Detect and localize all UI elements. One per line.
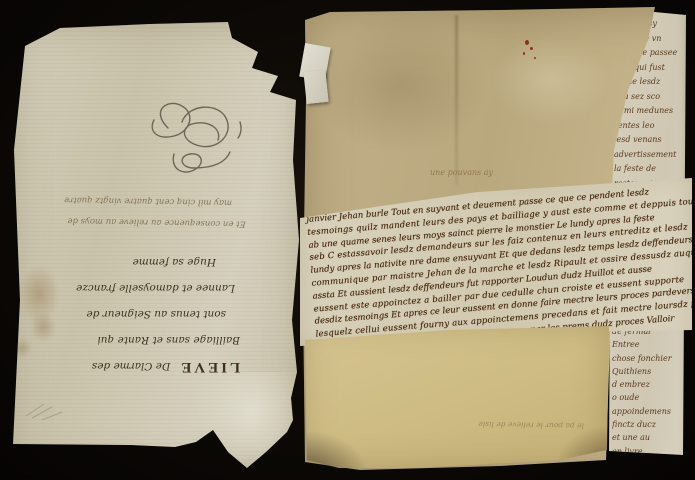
- paper-tab-fold: [303, 70, 328, 104]
- red-wax-stain: [534, 57, 536, 59]
- title-line: Lannee et damoyselle francze: [38, 275, 242, 301]
- title-word-lieve: LIEVE: [178, 359, 240, 375]
- note-line: Et en consequence au relieve au moys de: [50, 209, 246, 233]
- script-line: lesd venans: [614, 133, 688, 148]
- red-wax-stain: [525, 40, 529, 45]
- title-line: LIEVEDe Clarme des: [38, 353, 242, 380]
- script-line: chose fonchier: [612, 352, 688, 365]
- parchment-mottling: [490, 35, 610, 125]
- script-line: appoindemens: [612, 405, 688, 418]
- flap-note-upside-down: le pa pour le relieve de lisle: [394, 418, 584, 430]
- script-line: rentes leo: [614, 119, 688, 134]
- title-line: Huge sa femme: [38, 249, 242, 275]
- script-line: demi medunes: [614, 104, 688, 119]
- title-line: Bailliage sans et Rante qui: [38, 327, 242, 353]
- scan-background: Et en consequence au relieve au moys de …: [0, 0, 695, 480]
- flap-shadow: [554, 425, 614, 470]
- title-line-rest: De Clarme des: [92, 360, 170, 372]
- script-line: et une au: [612, 431, 688, 444]
- faded-text-fragment: une pouvans ay: [430, 168, 600, 177]
- script-line: Entree: [612, 338, 688, 351]
- parchment-fold-flap: le pa pour le relieve de lisle: [299, 320, 611, 472]
- parchment-mottling: [310, 15, 490, 155]
- paper-tab: [302, 45, 332, 107]
- pencil-scribble: [22, 398, 82, 424]
- faint-note-upside-down: Et en consequence au relieve au moys de …: [50, 180, 247, 233]
- torn-fragment: [198, 372, 306, 472]
- red-wax-stain: [523, 52, 525, 55]
- side-strip-text-bottom: de fermal Entree chose fonchier Quithien…: [612, 325, 688, 458]
- script-line: la feste de: [614, 162, 688, 177]
- note-line: may mil cinq cent quatre vingtz quatre: [50, 188, 246, 212]
- title-inscription-upside-down: LIEVEDe Clarme des Bailliage sans et Ran…: [38, 246, 242, 380]
- left-page-paper: Et en consequence au relieve au moys de …: [10, 20, 305, 472]
- ink-stain: [12, 338, 32, 358]
- red-wax-stain: [530, 47, 533, 50]
- script-line: en livre: [612, 445, 688, 458]
- script-line: o oude: [612, 391, 688, 404]
- script-line: d embrez: [612, 378, 688, 391]
- script-line: advertissement: [614, 148, 688, 163]
- script-line: Quithiens: [612, 365, 688, 378]
- manuscript-text-lines: janvier Jehan burle Tout en suyvant et d…: [306, 183, 695, 354]
- script-line: finctz ducz: [612, 418, 688, 431]
- title-line: sont tenus au Seigneur de: [38, 301, 242, 327]
- pen-flourish-doodle: [130, 92, 260, 187]
- parchment-crease: [455, 15, 458, 185]
